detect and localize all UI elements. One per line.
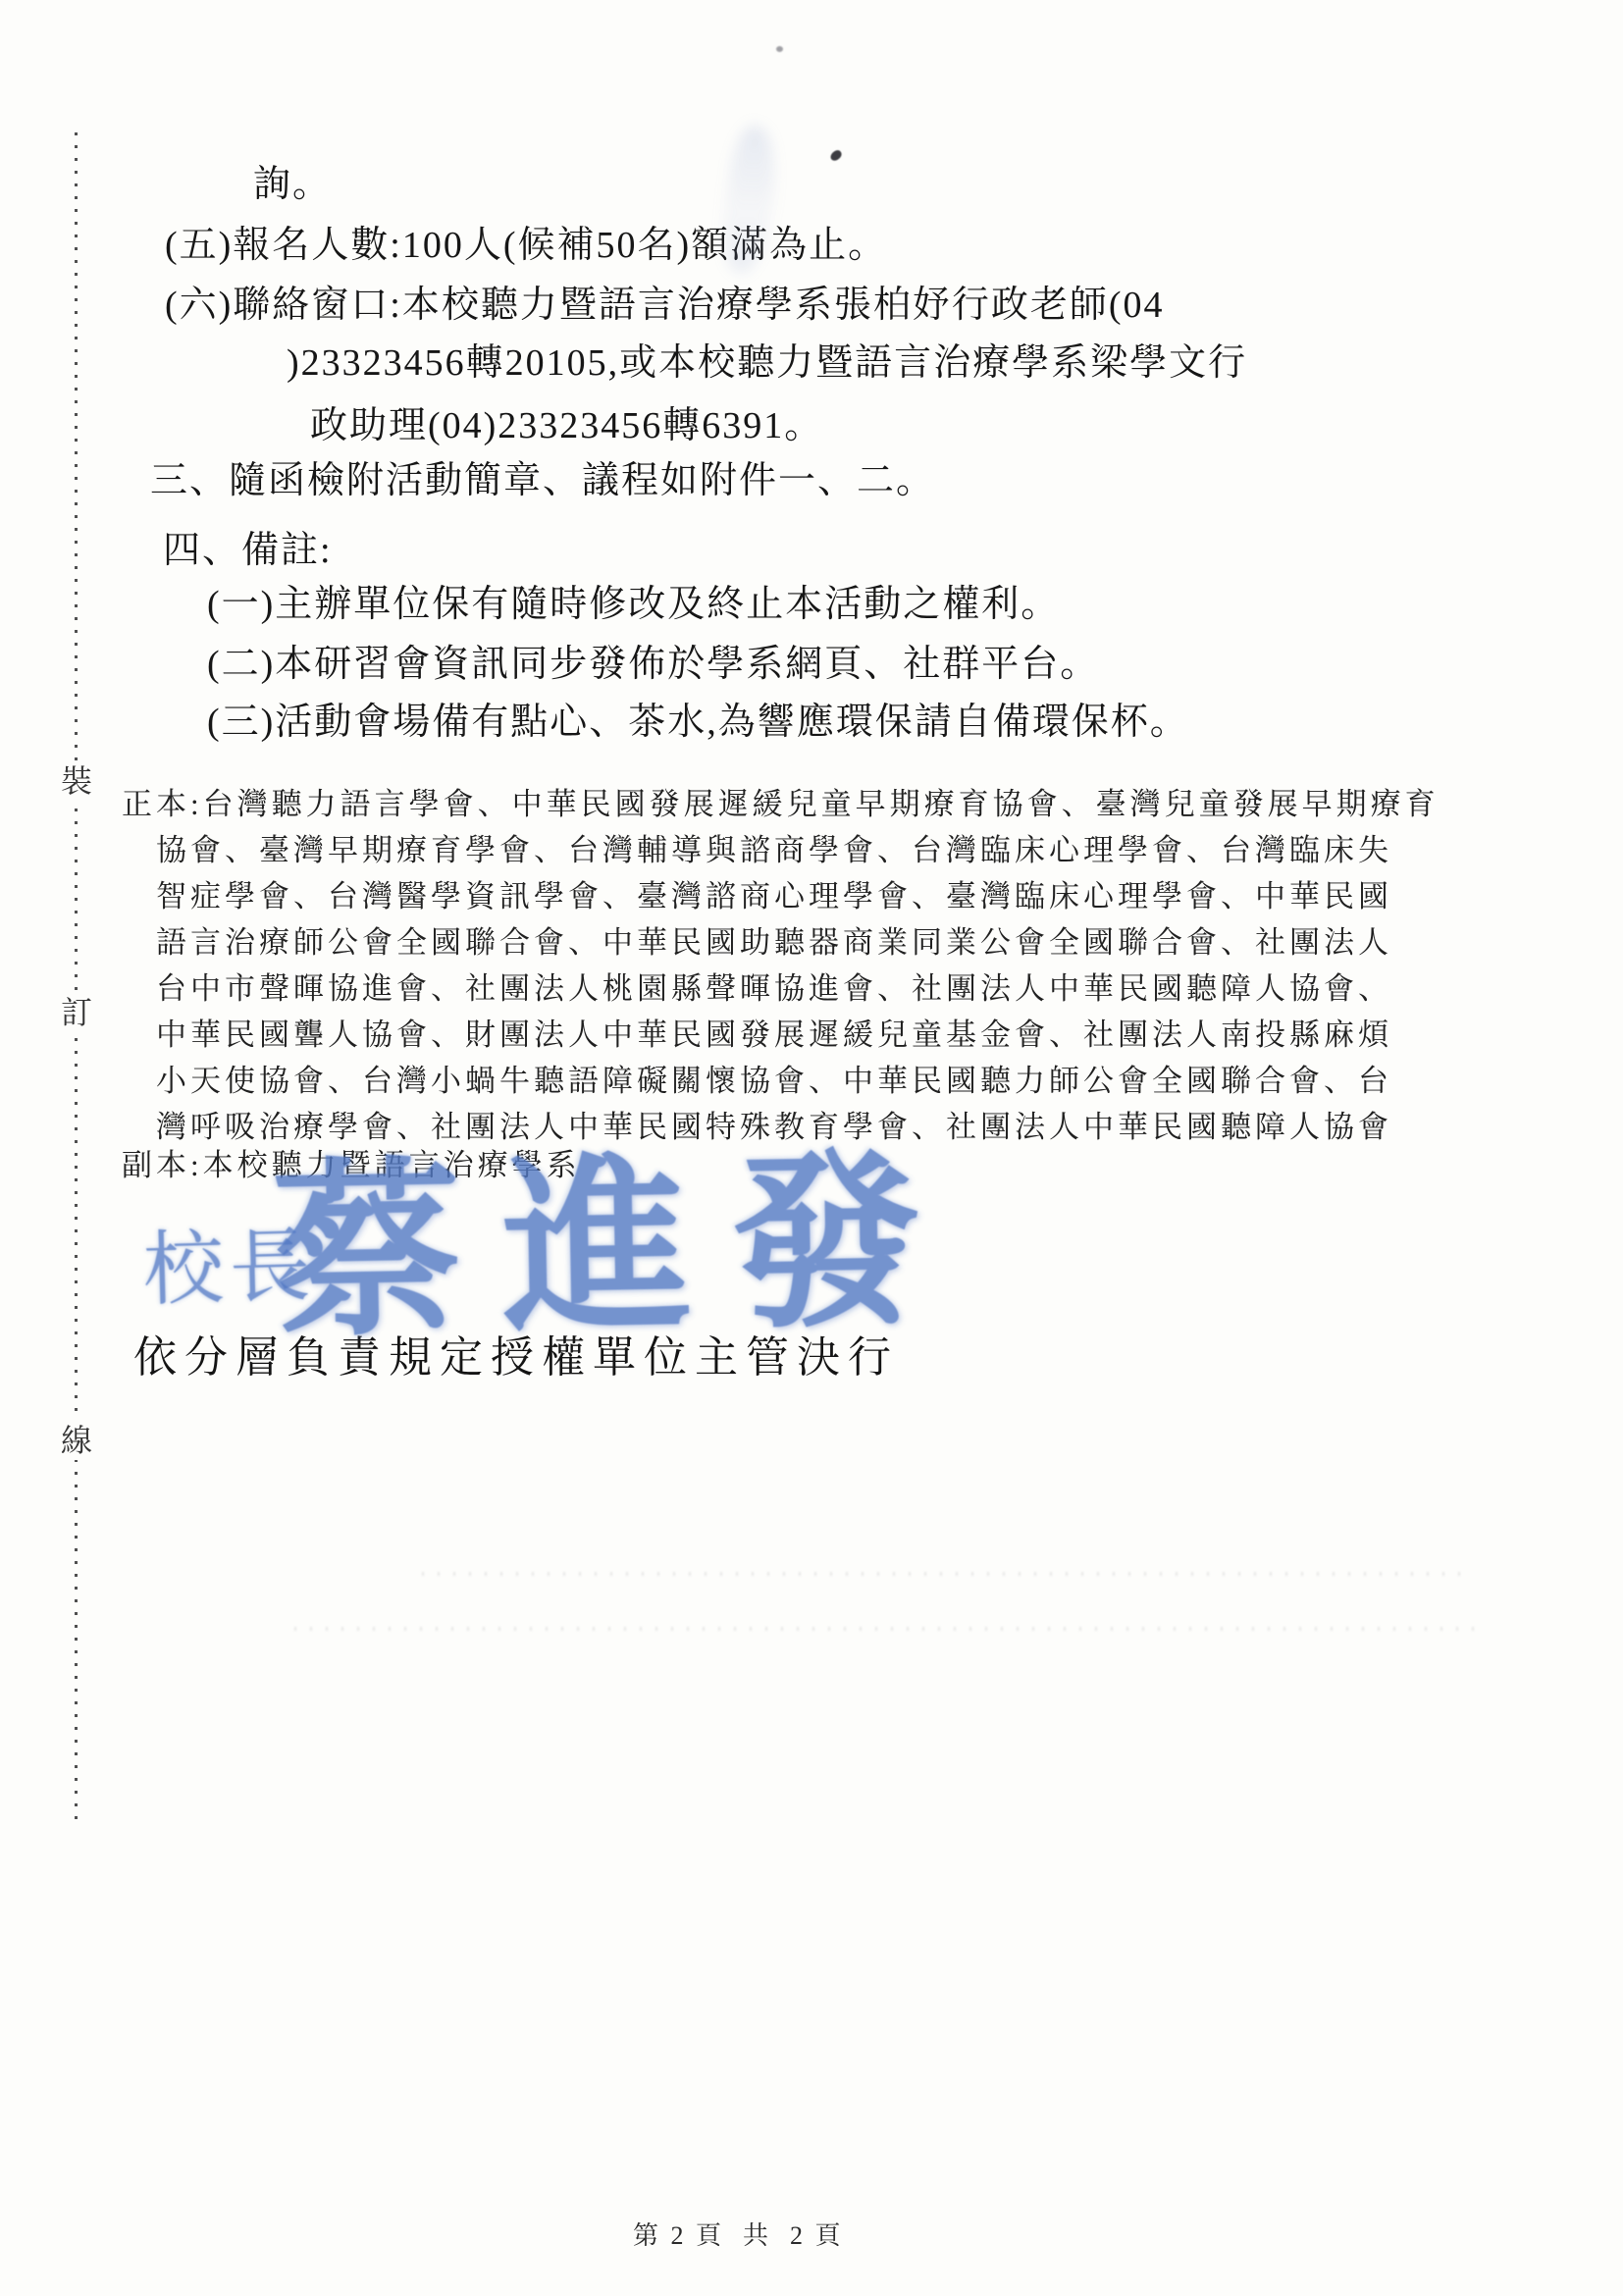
recipients-line: 協會、臺灣早期療育學會、台灣輔導與諮商學會、台灣臨床心理學會、台灣臨床失 xyxy=(156,831,1392,870)
body-line: (三)活動會場備有點心、茶水,為響應環保請自備環保杯。 xyxy=(207,699,1189,746)
body-line: (二)本研習會資訊同步發佈於學系網頁、社群平台。 xyxy=(207,641,1099,688)
body-line: 政助理(04)23323456轉6391。 xyxy=(310,402,823,449)
page-footer: 第 2 頁 共 2 頁 xyxy=(633,2216,844,2252)
body-line: 詢。 xyxy=(253,161,332,208)
binding-char-xian: 線 xyxy=(57,1421,96,1460)
scan-ghost-band xyxy=(422,1572,1472,1576)
recipients-line: 正本:台灣聽力語言學會、中華民國發展遲緩兒童早期療育協會、臺灣兒童發展早期療育 xyxy=(122,785,1440,824)
recipients-line: 智症學會、台灣醫學資訊學會、臺灣諮商心理學會、臺灣臨床心理學會、中華民國 xyxy=(156,877,1392,916)
body-line: (六)聯絡窗口:本校聽力暨語言治療學系張柏妤行政老師(04 xyxy=(165,282,1165,329)
binding-char-zhuang: 裝 xyxy=(57,761,96,801)
recipients-line: 語言治療師公會全國聯合會、中華民國助聽器商業同業公會全國聯合會、社團法人 xyxy=(156,923,1392,963)
binding-char-ding: 訂 xyxy=(57,993,96,1032)
scan-speck xyxy=(776,46,783,52)
recipients-line: 中華民國聾人協會、財團法人中華民國發展遲緩兒童基金會、社團法人南投縣麻煩 xyxy=(156,1016,1392,1055)
scan-ghost-band xyxy=(294,1627,1482,1631)
recipients-line: 小天使協會、台灣小蝸牛聽語障礙關懷協會、中華民國聽力師公會全國聯合會、台 xyxy=(156,1062,1392,1101)
body-line: (五)報名人數:100人(候補50名)額滿為止。 xyxy=(165,222,887,269)
binding-dotted-line xyxy=(75,132,78,1825)
body-line: 三、隨函檢附活動簡章、議程如附件一、二。 xyxy=(150,457,935,504)
document-page: 裝 訂 線 詢。 (五)報名人數:100人(候補50名)額滿為止。 (六)聯絡窗… xyxy=(0,0,1623,2296)
stamp-principal-signature: 蔡進發 xyxy=(271,1140,964,1358)
body-line: 四、備註: xyxy=(163,527,333,574)
scan-speck xyxy=(829,149,844,163)
recipients-line: 台中市聲暉協進會、社團法人桃園縣聲暉協進會、社團法人中華民國聽障人協會、 xyxy=(156,969,1392,1009)
body-line: (一)主辦單位保有隨時修改及終止本活動之權利。 xyxy=(207,581,1060,628)
body-line: )23323456轉20105,或本校聽力暨語言治療學系梁學文行 xyxy=(287,339,1247,387)
